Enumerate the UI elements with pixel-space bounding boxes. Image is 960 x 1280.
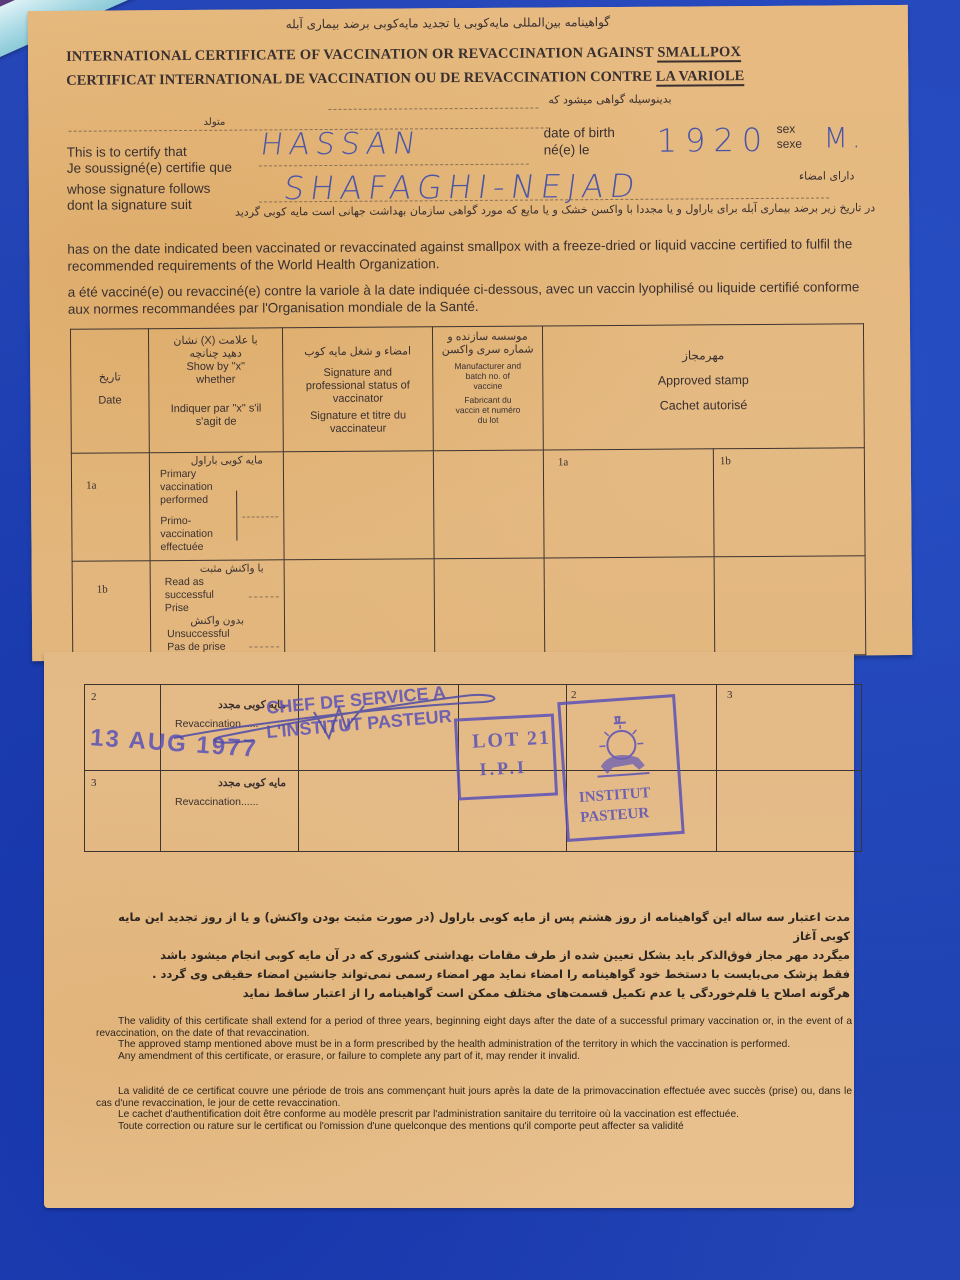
checkbox-line[interactable] bbox=[242, 516, 278, 517]
bracket bbox=[236, 491, 240, 541]
signature-persian: دارای امضاء bbox=[799, 169, 855, 182]
header-show-whether: با علامت (X) نشان دهید چنانچه Show by "x… bbox=[148, 328, 283, 453]
certificate-bottom-page: 2 مایه کوبی مجدد Revaccination...... 2 3… bbox=[44, 652, 854, 1208]
row-1b-id: 1b bbox=[72, 561, 151, 661]
row-1b-stamp-a[interactable] bbox=[544, 557, 715, 657]
row-1a-id: 1a bbox=[71, 453, 150, 562]
row-1b-stamp-b[interactable] bbox=[714, 556, 866, 656]
table-row: 1b با واکنش مثبت Read as successful Pris… bbox=[72, 556, 866, 661]
dob-value: 1920 bbox=[657, 121, 771, 160]
table-row: 1a مایه کوبی باراول Primary vaccination … bbox=[71, 448, 865, 562]
header-signature: امضاء و شغل مایه کوب Signature and profe… bbox=[282, 327, 433, 452]
header-date: تاریخ Date bbox=[70, 329, 149, 454]
title-french: CERTIFICAT INTERNATIONAL DE VACCINATION … bbox=[66, 67, 896, 90]
certify-label-fr: Je soussigné(e) certifie que bbox=[67, 160, 232, 176]
row-3-revaccination[interactable]: مایه کوبی مجدد Revaccination...... bbox=[161, 771, 299, 852]
row-1b-result[interactable]: با واکنش مثبت Read as successful Prise ب… bbox=[150, 560, 285, 660]
certify-persian: بدینوسیله گواهی میشود که bbox=[548, 93, 671, 107]
row-3-signature[interactable] bbox=[299, 771, 459, 852]
title-french-emphasis: LA VARIOLE bbox=[656, 68, 745, 87]
table-header-row: تاریخ Date با علامت (X) نشان دهید چنانچه… bbox=[70, 324, 864, 454]
dob-label-fr: né(e) le bbox=[544, 142, 590, 157]
row-1a-stamp-a[interactable]: 1a bbox=[543, 449, 714, 558]
title-english: INTERNATIONAL CERTIFICATE OF VACCINATION… bbox=[66, 43, 896, 66]
institut-pasteur-stamp: INSTITUT PASTEUR bbox=[557, 694, 684, 842]
row-3-id: 3 bbox=[85, 771, 161, 852]
handwritten-signature-icon bbox=[164, 688, 504, 758]
certificate-top-page: گواهینامه بین‌المللی مایه‌کوبی یا تجدید … bbox=[28, 5, 913, 661]
row-1a-stamp-b[interactable]: 1b bbox=[713, 448, 865, 557]
notes-english: The validity of this certificate shall e… bbox=[96, 1016, 852, 1062]
lot-stamp: LOT 21 I.P.I bbox=[454, 713, 558, 800]
statement-english: has on the date indicated been vaccinate… bbox=[67, 235, 882, 275]
dob-label-en: date of birth bbox=[544, 125, 615, 140]
row-3-stamp-b[interactable] bbox=[717, 771, 862, 852]
statement-french: a été vacciné(e) ou revacciné(e) contre … bbox=[68, 278, 883, 318]
header-manufacturer: موسسه سازنده و شماره سری واکسن Manufactu… bbox=[432, 326, 543, 451]
row-1a-manufacturer[interactable] bbox=[433, 450, 544, 559]
lion-and-sun-emblem-icon bbox=[585, 713, 657, 782]
row-1a-primary-vaccination[interactable]: مایه کوبی باراول Primary vaccination per… bbox=[149, 452, 284, 561]
sex-label-fr: sexe bbox=[777, 137, 802, 152]
sex-label-en: sex bbox=[777, 122, 796, 137]
title-persian: گواهینامه بین‌المللی مایه‌کوبی یا تجدید … bbox=[228, 15, 668, 32]
row-2-stamp-b[interactable]: 3 bbox=[717, 685, 862, 771]
certify-label-en: This is to certify that bbox=[67, 144, 187, 160]
row-1a-signature[interactable] bbox=[283, 451, 434, 560]
title-english-emphasis: SMALLPOX bbox=[657, 44, 741, 63]
dotted-line bbox=[259, 164, 529, 167]
vaccination-table-top: تاریخ Date با علامت (X) نشان دهید چنانچه… bbox=[70, 323, 866, 661]
row-1b-manufacturer[interactable] bbox=[434, 558, 545, 658]
header-approved-stamp: مهرمجاز Approved stamp Cachet autorisé bbox=[542, 324, 864, 450]
checkbox-line-unsuccessful[interactable] bbox=[249, 646, 279, 647]
row-1b-signature[interactable] bbox=[284, 559, 435, 659]
notes-french: La validité de ce certificat couvre une … bbox=[96, 1086, 852, 1132]
checkbox-line-successful[interactable] bbox=[249, 596, 279, 597]
signature-label-en: whose signature follows bbox=[67, 181, 210, 197]
notes-persian: مدت اعتبار سه ساله این گواهینامه از روز … bbox=[100, 908, 850, 1003]
born-persian: متولد bbox=[203, 117, 225, 128]
sex-value: M. bbox=[824, 121, 865, 154]
dotted-line bbox=[328, 108, 538, 110]
holder-first-name: HASSAN bbox=[258, 126, 423, 162]
